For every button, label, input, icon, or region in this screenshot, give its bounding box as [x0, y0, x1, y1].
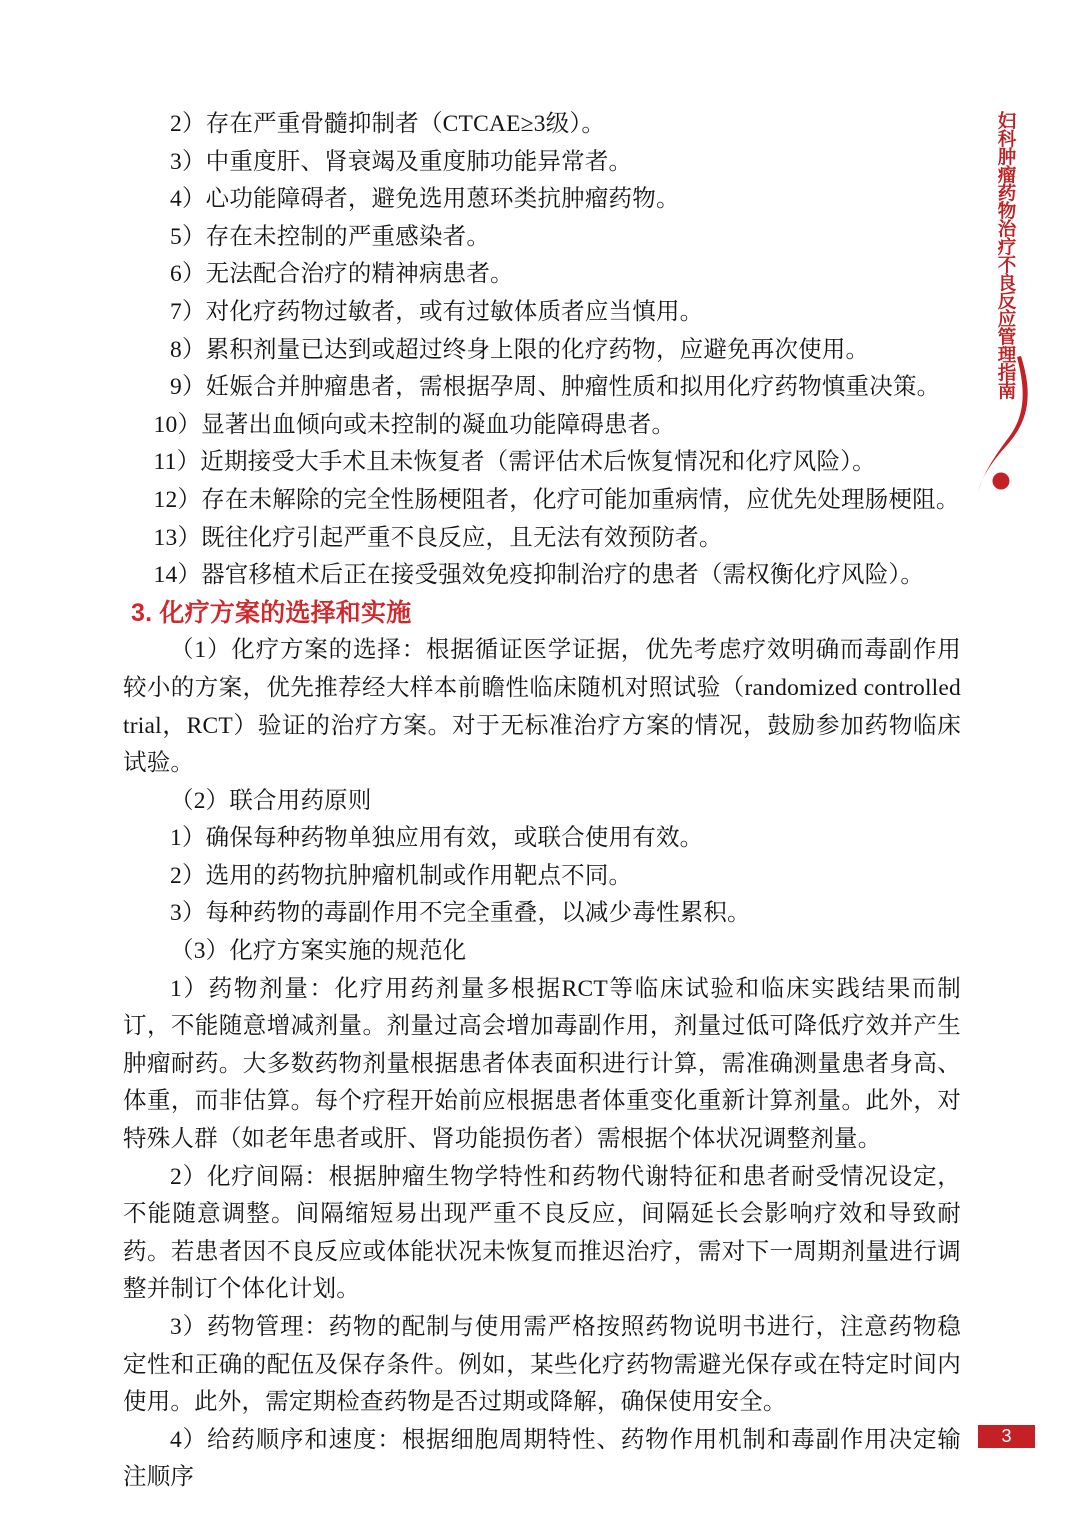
implementation-item-management: 3）药物管理：药物的配制与使用需严格按照药物说明书进行，注意药物稳定性和正确的配… [123, 1309, 961, 1422]
paragraph-scheme-selection: （1）化疗方案的选择：根据循证医学证据，优先考虑疗效明确而毒副作用较小的方案，优… [123, 632, 961, 782]
page-number-badge: 3 [978, 1425, 1035, 1448]
page-number: 3 [1001, 1426, 1011, 1446]
contraindication-item: 10）显著出血倾向或未控制的凝血功能障碍患者。 [123, 407, 961, 445]
decorative-dot [993, 473, 1010, 490]
contraindication-item: 12）存在未解除的完全性肠梗阻者，化疗可能加重病情，应优先处理肠梗阻。 [123, 482, 961, 520]
combination-item: 1）确保每种药物单独应用有效，或联合使用有效。 [123, 820, 961, 858]
decorative-swash [965, 345, 1045, 510]
paragraph-combination-principle: （2）联合用药原则 [123, 783, 961, 821]
contraindication-item: 11）近期接受大手术且未恢复者（需评估术后恢复情况和化疗风险）。 [123, 444, 961, 482]
paragraph-standardization: （3）化疗方案实施的规范化 [123, 933, 961, 971]
contraindication-item: 3）中重度肝、肾衰竭及重度肺功能异常者。 [123, 144, 961, 182]
contraindication-item: 8）累积剂量已达到或超过终身上限的化疗药物，应避免再次使用。 [123, 332, 961, 370]
implementation-item-order-speed: 4）给药顺序和速度：根据细胞周期特性、药物作用机制和毒副作用决定输注顺序 [123, 1422, 961, 1497]
page-body-text: 2）存在严重骨髓抑制者（CTCAE≥3级）。 3）中重度肝、肾衰竭及重度肺功能异… [123, 106, 961, 1497]
contraindication-item: 9）妊娠合并肿瘤患者，需根据孕周、肿瘤性质和拟用化疗药物慎重决策。 [123, 369, 961, 407]
contraindication-item: 5）存在未控制的严重感染者。 [123, 219, 961, 257]
document-page: 2）存在严重骨髓抑制者（CTCAE≥3级）。 3）中重度肝、肾衰竭及重度肺功能异… [0, 0, 1080, 1518]
contraindication-item: 7）对化疗药物过敏者，或有过敏体质者应当慎用。 [123, 294, 961, 332]
contraindication-item: 6）无法配合治疗的精神病患者。 [123, 256, 961, 294]
swash-curve-shape [978, 356, 1028, 492]
implementation-item-dose: 1）药物剂量：化疗用药剂量多根据RCT等临床试验和临床实践结果而制订，不能随意增… [123, 971, 961, 1159]
contraindication-item: 14）器官移植术后正在接受强效免疫抑制治疗的患者（需权衡化疗风险）。 [123, 557, 961, 595]
contraindication-item: 4）心功能障碍者，避免选用蒽环类抗肿瘤药物。 [123, 181, 961, 219]
section-heading: 3. 化疗方案的选择和实施 [123, 595, 961, 633]
implementation-item-interval: 2）化疗间隔：根据肿瘤生物学特性和药物代谢特征和患者耐受情况设定，不能随意调整。… [123, 1159, 961, 1309]
combination-item: 3）每种药物的毒副作用不完全重叠，以减少毒性累积。 [123, 895, 961, 933]
contraindication-item: 13）既往化疗引起严重不良反应，且无法有效预防者。 [123, 520, 961, 558]
combination-item: 2）选用的药物抗肿瘤机制或作用靶点不同。 [123, 858, 961, 896]
contraindication-item: 2）存在严重骨髓抑制者（CTCAE≥3级）。 [123, 106, 961, 144]
